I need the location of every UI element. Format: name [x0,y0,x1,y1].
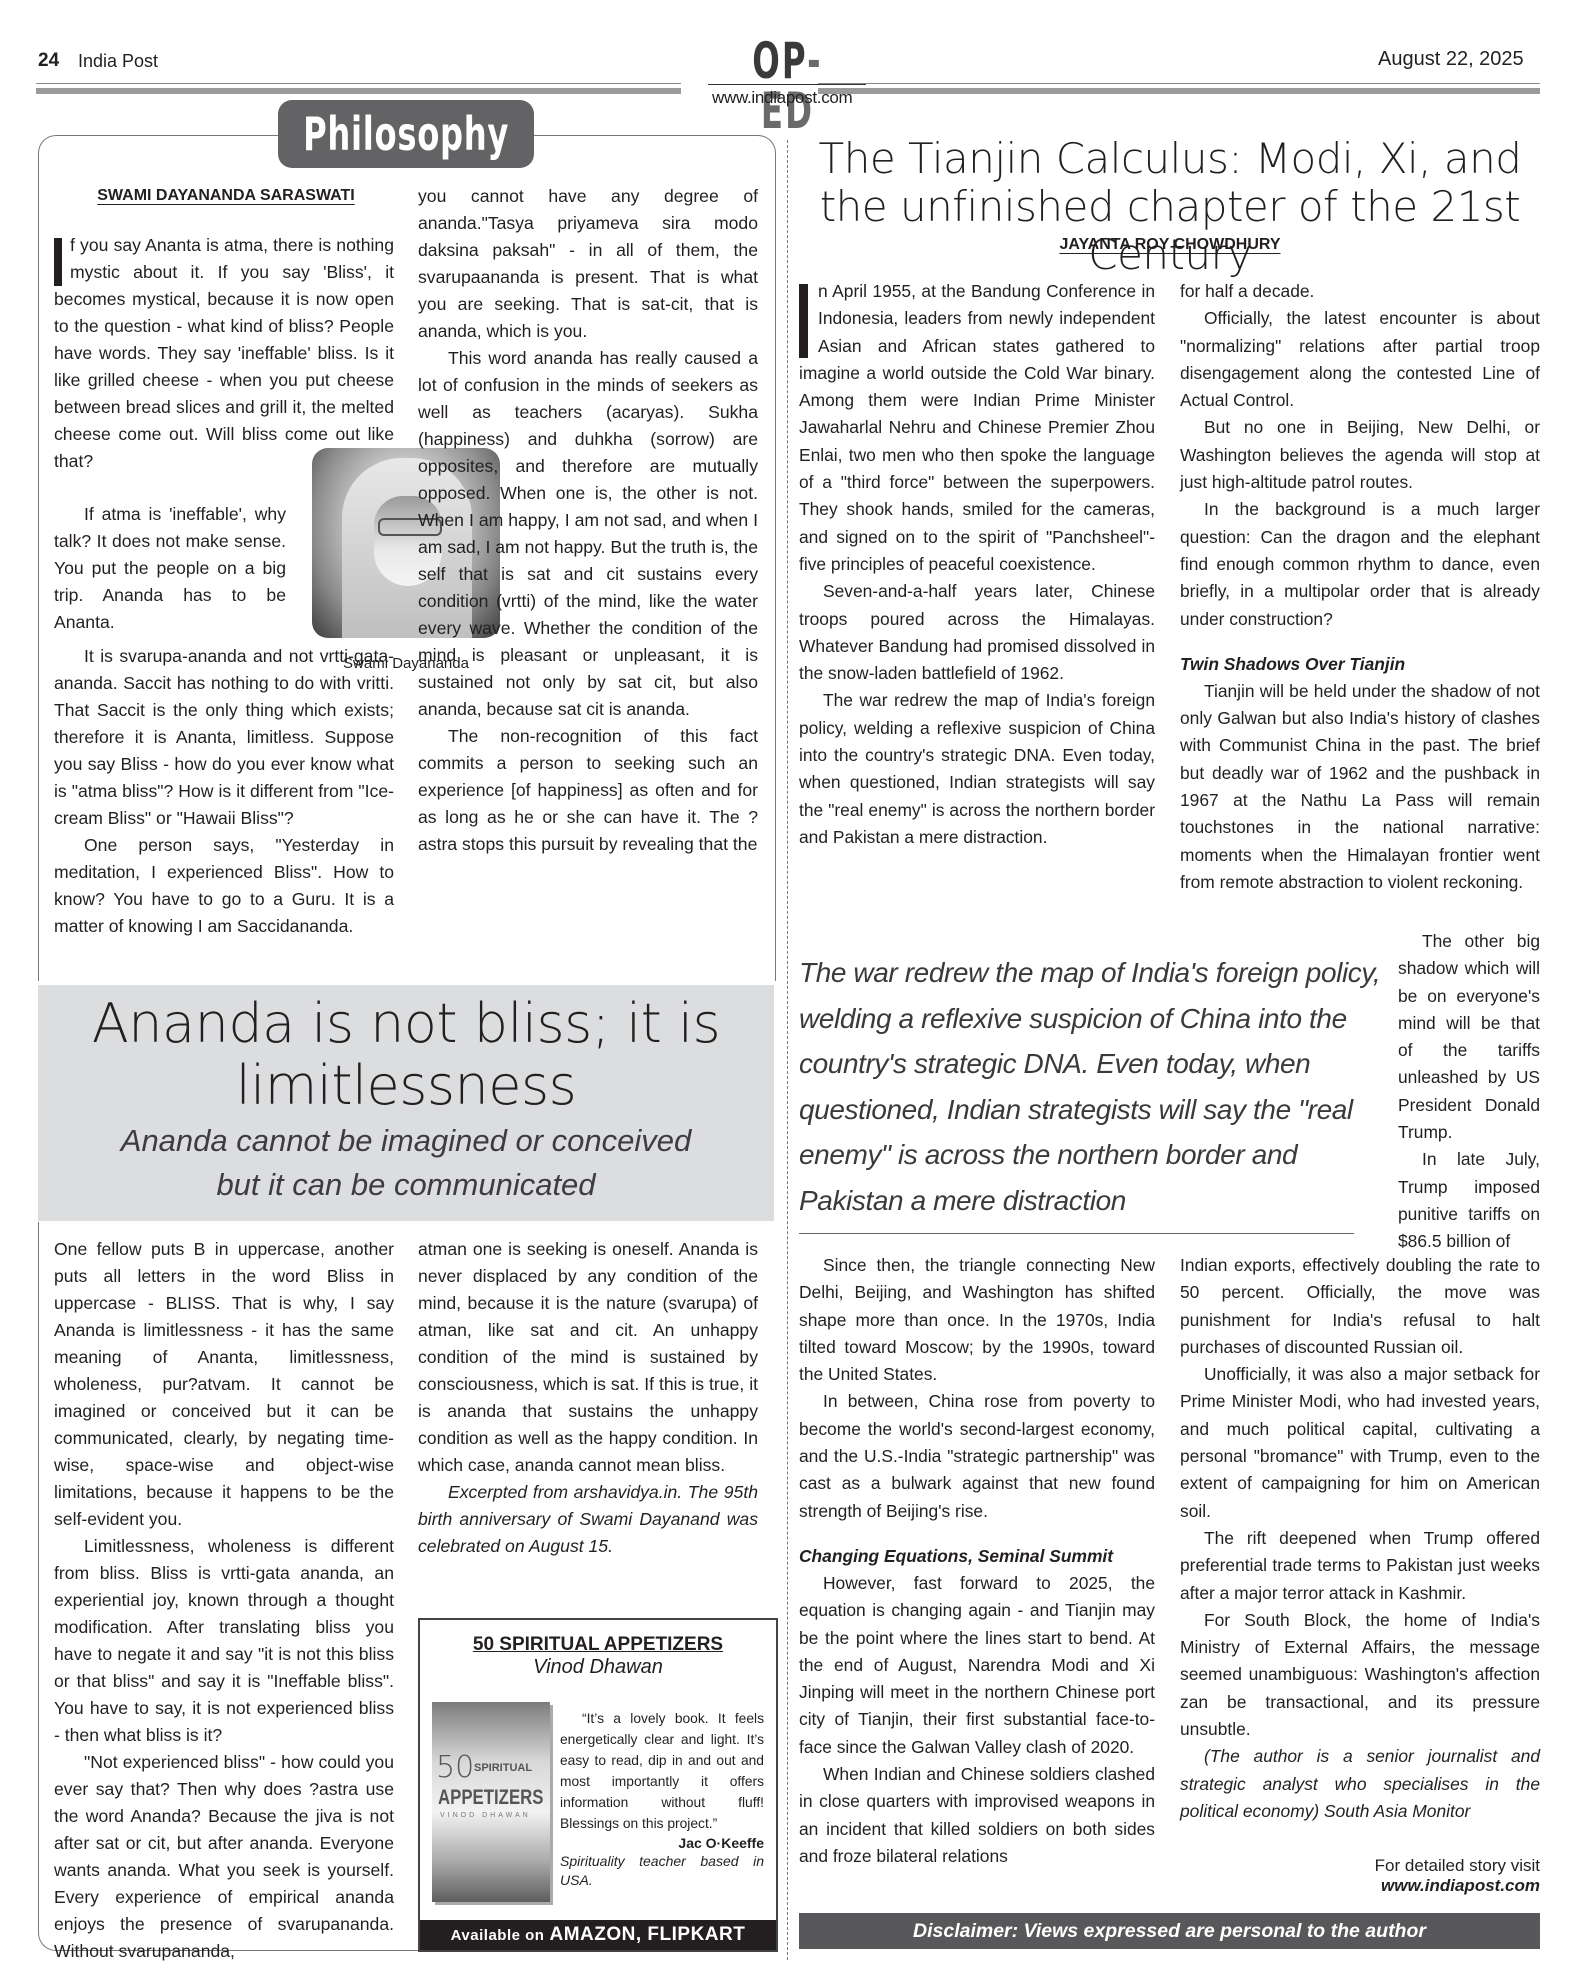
dropcap-I [54,238,62,286]
cover-number: 50 [436,1750,474,1785]
philosophy-col1-top: f you say Ananta is atma, there is nothi… [54,232,394,475]
philosophy-headline: Ananda is not bliss; it is limitlessness [38,993,774,1117]
paragraph: atman one is seeking is oneself. Ananda … [418,1236,758,1479]
more-link[interactable]: www.indiapost.com [1180,1876,1540,1896]
disclaimer-bar: Disclaimer: Views expressed are personal… [799,1913,1540,1949]
author-note: (The author is a senior journalist and s… [1180,1743,1540,1825]
philosophy-subheadline: Ananda cannot be imagined or conceived b… [98,1119,714,1207]
paragraph: The war redrew the map of India's foreig… [799,687,1155,851]
paragraph: In late July, Trump imposed punitive tar… [1398,1146,1540,1255]
philosophy-section-tab: Philosophy [278,100,534,168]
header-rule-left-thin [36,83,681,84]
paragraph: If atma is 'ineffable', why talk? It doe… [54,501,286,636]
book-title: 50 SPIRITUAL APPETIZERS [420,1634,776,1656]
excerpt-note: Excerpted from arshavidya.in. The 95th b… [418,1479,758,1560]
philosophy-tab-label: Philosophy [303,107,509,161]
philosophy-col2-top: you cannot have any degree of ananda."Ta… [418,183,758,858]
paragraph: However, fast forward to 2025, the equat… [799,1570,1155,1761]
pull-quote: The war redrew the map of India's foreig… [799,950,1389,1223]
book-advertisement[interactable]: 50 SPIRITUAL APPETIZERS Vinod Dhawan 50 … [418,1618,778,1952]
paragraph: One fellow puts B in uppercase, another … [54,1236,394,1533]
availability-stores: AMAZON, FLIPKART [549,1924,745,1946]
testimonial-author: Jac O·Keeffe [560,1834,764,1852]
paragraph: "Not experienced bliss" - how could you … [54,1749,394,1965]
paragraph: Seven-and-a-half years later, Chinese tr… [799,578,1155,687]
paragraph: Unofficially, it was also a major setbac… [1180,1361,1540,1525]
philosophy-headline-band: Ananda is not bliss; it is limitlessness… [38,985,774,1221]
header-rule-right-thin [818,83,1540,84]
article-col1-top: n April 1955, at the Bandung Conference … [799,278,1155,851]
availability-prefix: Available on [451,1927,545,1944]
article-byline: JAYANTA ROY CHOWDHURY [800,236,1540,254]
paragraph: For South Block, the home of India's Min… [1180,1607,1540,1743]
paragraph: One person says, "Yesterday in meditatio… [54,832,394,940]
paragraph: This word ananda has really caused a lot… [418,345,758,723]
article-col2-narrow: The other big shadow which will be on ev… [1398,928,1540,1256]
article-col1-bottom: Since then, the triangle connecting New … [799,1252,1155,1870]
book-cover-image: 50 SPIRITUAL APPETIZERS VINOD DHAWAN [432,1702,550,1902]
paragraph: you cannot have any degree of ananda."Ta… [418,183,758,345]
header-rule-left-thick [36,88,681,94]
page-number: 24 [38,50,59,72]
paragraph: The other big shadow which will be on ev… [1398,928,1540,1146]
article-col2-top: for half a decade. Officially, the lates… [1180,278,1540,896]
publication-name: India Post [78,51,158,72]
issue-date: August 22, 2025 [1378,48,1524,71]
book-author: Vinod Dhawan [420,1656,776,1679]
paragraph: Indian exports, effectively doubling the… [1180,1252,1540,1361]
column-divider [787,140,788,1960]
subheading-changing-equations: Changing Equations, Seminal Summit [799,1543,1155,1570]
philosophy-byline: SWAMI DAYANANDA SARASWATI [56,187,396,205]
philosophy-col1-wrap: If atma is 'ineffable', why talk? It doe… [54,501,286,636]
testimonial-author-role: Spirituality teacher based in USA. [560,1852,764,1890]
paragraph: Limitlessness, wholeness is different fr… [54,1533,394,1749]
logo-underline [708,84,866,85]
pull-quote-rule [799,1233,1354,1234]
paragraph: In the background is a much larger quest… [1180,496,1540,632]
paragraph: In between, China rose from poverty to b… [799,1388,1155,1524]
paragraph: When Indian and Chinese soldiers clashed… [799,1761,1155,1870]
paragraph: Since then, the triangle connecting New … [799,1252,1155,1388]
availability-bar[interactable]: Available onAMAZON, FLIPKART [420,1920,776,1950]
cover-author: VINOD DHAWAN [440,1812,531,1819]
paragraph: But no one in Beijing, New Delhi, or Was… [1180,414,1540,496]
article-col2-bottom: Indian exports, effectively doubling the… [1180,1252,1540,1825]
paragraph: f you say Ananta is atma, there is nothi… [54,235,394,471]
more-info: For detailed story visit www.indiapost.c… [1180,1856,1540,1896]
paragraph: The rift deepened when Trump offered pre… [1180,1525,1540,1607]
more-label: For detailed story visit [1180,1856,1540,1876]
paragraph: Officially, the latest encounter is abou… [1180,305,1540,414]
cover-word2: APPETIZERS [438,1786,543,1810]
paragraph: Tianjin will be held under the shadow of… [1180,678,1540,896]
paragraph: for half a decade. [1180,278,1540,305]
book-testimonial: “It’s a lovely book. It feels energetica… [560,1708,764,1890]
paragraph: The non-recognition of this fact commits… [418,723,758,858]
philosophy-col1-bottom: One fellow puts B in uppercase, another … [54,1236,394,1965]
philosophy-col2-bottom: atman one is seeking is oneself. Ananda … [418,1236,758,1560]
philosophy-col1-lower: It is svarupa-ananda and not vrtti-gata-… [54,643,394,940]
header-rule-right-thick [818,88,1540,94]
dropcap-I [799,284,808,358]
testimonial-text: “It’s a lovely book. It feels energetica… [560,1708,764,1834]
cover-word1: SPIRITUAL [474,1762,532,1774]
subheading-twin-shadows: Twin Shadows Over Tianjin [1180,651,1540,678]
paragraph: n April 1955, at the Bandung Conference … [799,281,1155,574]
article-title: The Tianjin Calculus: Modi, Xi, and the … [800,135,1540,279]
section-logo: OP-ED [705,36,870,136]
